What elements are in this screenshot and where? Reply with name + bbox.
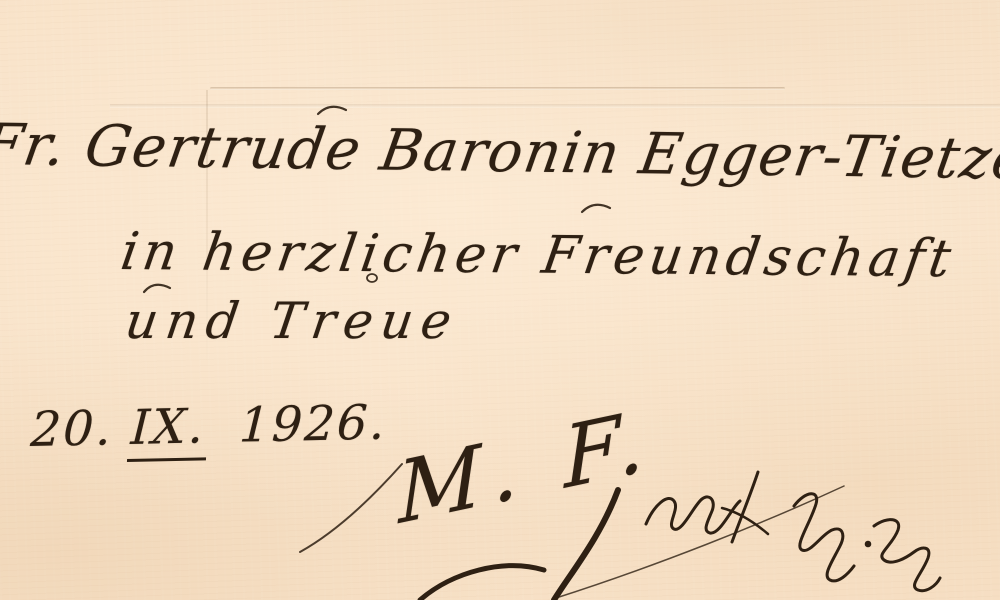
dedication-line-3: und Treue (122, 292, 463, 350)
signature-ink-dot (865, 541, 871, 547)
plate-mark-line-secondary (110, 104, 1000, 108)
date-month-roman: IX. (127, 398, 208, 462)
plate-mark-line-primary (210, 87, 785, 90)
signature-leadin-stroke (300, 464, 402, 552)
signature-initials: M. F. (396, 390, 655, 544)
signature-surname-part1 (646, 497, 740, 533)
signature-surname-part3 (874, 520, 940, 591)
signature-surname-cross1 (732, 472, 758, 542)
manuscript-page: Fr. Gertrude Baronin Egger-Tietze in her… (0, 0, 1000, 600)
signature-bottom-arc (420, 566, 544, 600)
signature-surname-part2 (794, 494, 854, 581)
date-line: 20.IX.1926. (29, 394, 404, 458)
dedication-line-2: in herzlicher Freundschaft (117, 222, 960, 289)
signature-surname-cross2 (722, 508, 768, 534)
dedication-line-1: Fr. Gertrude Baronin Egger-Tietze (0, 112, 1000, 192)
signature-hairline-underline (556, 486, 844, 598)
date-day: 20. (29, 400, 114, 458)
date-year: 1926. (238, 395, 388, 454)
